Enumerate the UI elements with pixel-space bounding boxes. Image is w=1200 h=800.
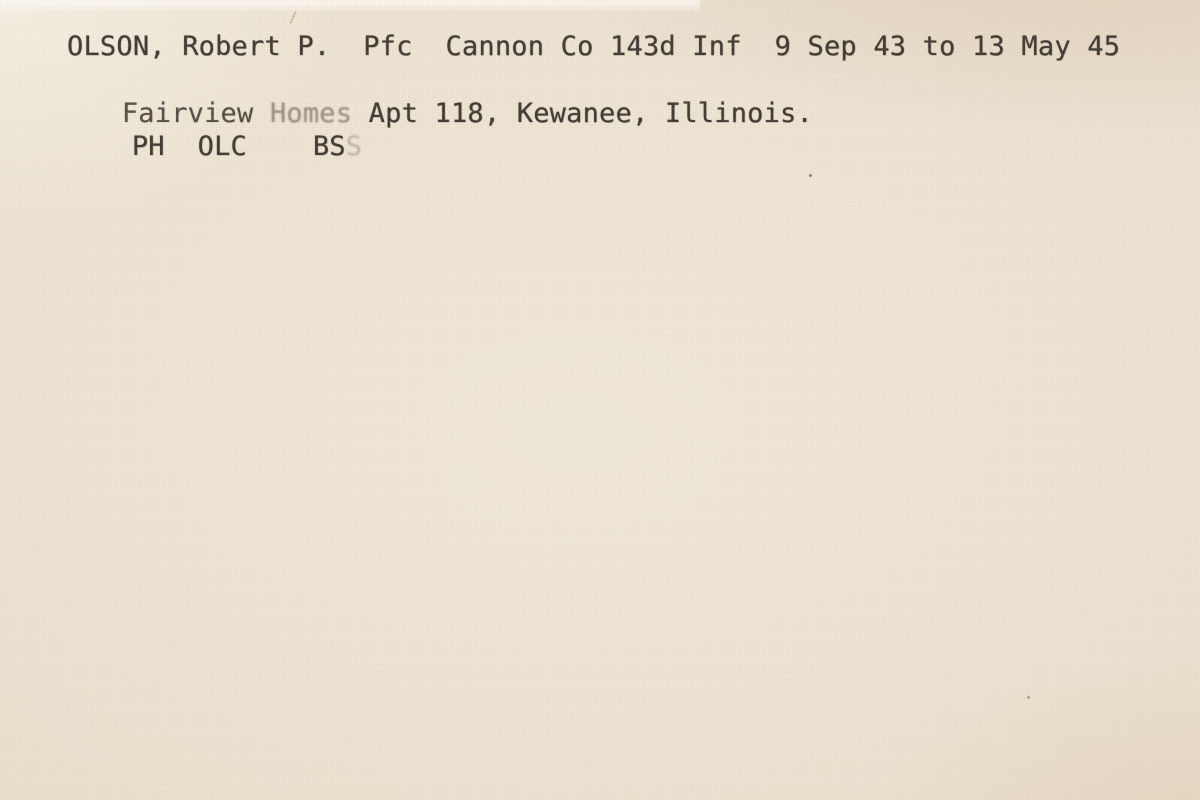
paper-fiber — [289, 11, 296, 24]
address-line-rest: Apt 118, Kewanee, Illinois. — [352, 98, 813, 129]
awards-line-visible: PH OLC BS — [132, 131, 346, 162]
awards-line-faint-s: S — [346, 131, 362, 162]
paper-speck — [809, 174, 812, 177]
paper-speck — [1027, 696, 1030, 699]
service-record-line: OLSON, Robert P. Pfc Cannon Co 143d Inf … — [67, 31, 1120, 63]
scanned-card: OLSON, Robert P. Pfc Cannon Co 143d Inf … — [0, 0, 1200, 800]
awards-line: PH OLC BSS — [66, 99, 362, 195]
scan-edge-highlight — [0, 0, 700, 13]
